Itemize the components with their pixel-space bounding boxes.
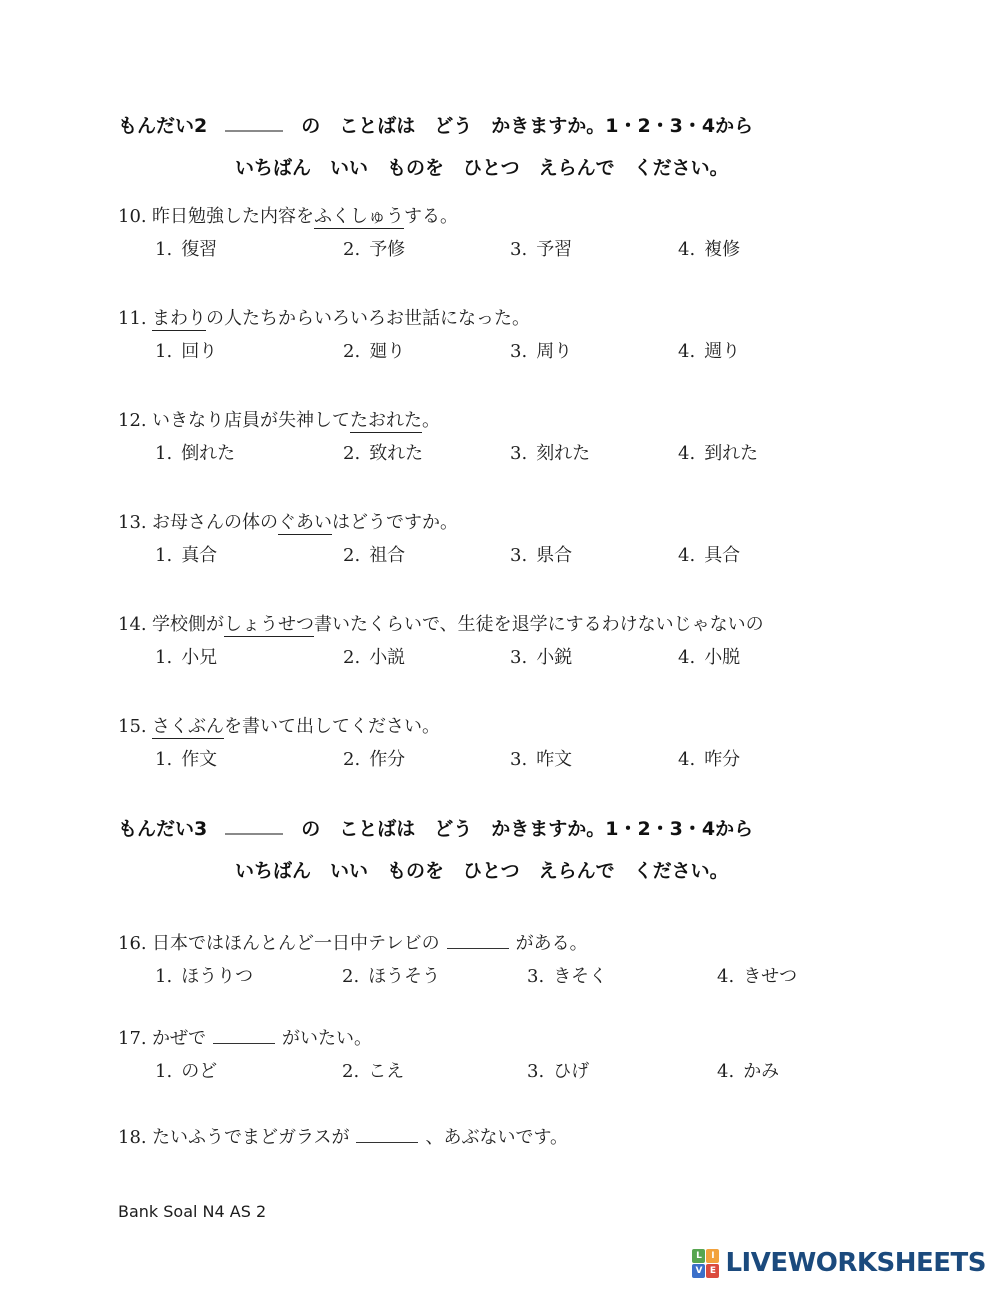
option-2[interactable]: 2.ほうそう: [342, 963, 527, 991]
question-number: 13.: [118, 509, 152, 537]
option-2[interactable]: 2.祖合: [343, 542, 510, 570]
option-text: ひげ: [553, 1061, 589, 1082]
liveworksheets-wordmark: LIVEWORKSHEETS: [725, 1248, 986, 1278]
question-sentence: 17.かぜでがいたい。: [118, 1025, 960, 1053]
option-number: 3.: [510, 239, 527, 260]
question-text-post: がある。: [516, 933, 588, 954]
option-number: 3.: [510, 545, 527, 566]
question-12: 12.いきなり店員が失神してたおれた。 1.倒れた2.致れた3.刻れた4.到れた: [118, 407, 960, 468]
question-text-post: を書いて出してください。: [224, 716, 440, 737]
heading-blank-line: [225, 118, 283, 132]
option-text: 県合: [536, 545, 572, 566]
question-11: 11.まわりの人たちからいろいろお世話になった。 1.回り2.廻り3.周り4.週…: [118, 305, 960, 366]
question-13: 13.お母さんの体のぐあいはどうですか。 1.真合2.祖合3.県合4.具合: [118, 509, 960, 570]
option-number: 1.: [155, 749, 172, 770]
option-number: 2.: [343, 341, 360, 362]
underlined-word: ふくしゅう: [314, 206, 404, 229]
option-1[interactable]: 1.復習: [155, 236, 343, 264]
option-number: 1.: [155, 1061, 172, 1082]
underlined-word: たおれた: [350, 410, 422, 433]
question-text-post: する。: [404, 206, 458, 227]
option-2[interactable]: 2.致れた: [343, 440, 510, 468]
logo-letter-l: L: [692, 1249, 705, 1263]
options-row: 1.倒れた2.致れた3.刻れた4.到れた: [155, 440, 960, 468]
question-number: 18.: [118, 1124, 152, 1152]
option-2[interactable]: 2.作分: [343, 746, 510, 774]
option-3[interactable]: 3.刻れた: [510, 440, 678, 468]
option-4[interactable]: 4.週り: [678, 338, 740, 366]
question-18: 18.たいふうでまどガラスが、あぶないです。: [118, 1124, 960, 1152]
section-mondai3: もんだい3の ことばは どう かきますか。1・2・3・4から いちばん いい も…: [118, 815, 960, 1152]
section-instruction: の ことばは どう かきますか。1・2・3・4から: [301, 818, 753, 840]
option-4[interactable]: 4.到れた: [678, 440, 758, 468]
option-number: 2.: [343, 545, 360, 566]
option-text: 週り: [704, 341, 740, 362]
question-text-post: 書いたくらいで、生徒を退学にするわけないじゃないの: [314, 614, 764, 635]
option-text: 作文: [181, 749, 217, 770]
option-text: こえ: [368, 1061, 404, 1082]
question-10: 10.昨日勉強した内容をふくしゅうする。 1.復習2.予修3.予習4.複修: [118, 203, 960, 264]
question-text-pre: かぜで: [152, 1028, 206, 1049]
answer-blank-line: [213, 1029, 275, 1044]
option-4[interactable]: 4.複修: [678, 236, 740, 264]
option-number: 1.: [155, 443, 172, 464]
options-row: 1.真合2.祖合3.県合4.具合: [155, 542, 960, 570]
question-number: 17.: [118, 1025, 152, 1053]
section-heading-line2: いちばん いい ものを ひとつ えらんで ください。: [235, 857, 960, 885]
options-row: 1.回り2.廻り3.周り4.週り: [155, 338, 960, 366]
question-17: 17.かぜでがいたい。 1.のど2.こえ3.ひげ4.かみ: [118, 1025, 960, 1086]
option-3[interactable]: 3.きそく: [527, 963, 717, 991]
question-text-pre: たいふうでまどガラスが: [152, 1127, 349, 1148]
option-3[interactable]: 3.予習: [510, 236, 678, 264]
option-number: 3.: [510, 647, 527, 668]
option-text: 予習: [536, 239, 572, 260]
option-number: 4.: [678, 341, 695, 362]
option-number: 3.: [510, 443, 527, 464]
option-text: 復習: [181, 239, 217, 260]
document-footer-label: Bank Soal N4 AS 2: [118, 1202, 960, 1221]
option-text: 致れた: [369, 443, 423, 464]
option-text: 小兄: [181, 647, 217, 668]
option-number: 4.: [717, 1061, 734, 1082]
question-text-post: 。: [422, 410, 440, 431]
question-text-pre: 学校側が: [152, 614, 224, 635]
option-text: 刻れた: [536, 443, 590, 464]
question-15: 15.さくぶんを書いて出してください。 1.作文2.作分3.咋文4.咋分: [118, 713, 960, 774]
question-number: 14.: [118, 611, 152, 639]
option-number: 4.: [678, 749, 695, 770]
option-text: きせつ: [743, 966, 797, 987]
option-text: 予修: [369, 239, 405, 260]
option-text: 祖合: [369, 545, 405, 566]
option-4[interactable]: 4.咋分: [678, 746, 740, 774]
question-sentence: 14.学校側がしょうせつ書いたくらいで、生徒を退学にするわけないじゃないの: [118, 611, 960, 639]
option-text: 真合: [181, 545, 217, 566]
option-text: 咋分: [704, 749, 740, 770]
option-number: 4.: [678, 545, 695, 566]
question-text-pre: 日本ではほんとんど一日中テレビの: [152, 933, 440, 954]
option-number: 3.: [510, 341, 527, 362]
liveworksheets-grid-icon: L I V E: [692, 1249, 719, 1278]
question-16: 16.日本ではほんとんど一日中テレビのがある。 1.ほうりつ2.ほうそう3.きそ…: [118, 930, 960, 991]
option-number: 2.: [342, 966, 359, 987]
option-3[interactable]: 3.周り: [510, 338, 678, 366]
section-heading-line1: もんだい3の ことばは どう かきますか。1・2・3・4から: [118, 815, 960, 843]
option-number: 2.: [342, 1061, 359, 1082]
section-title: もんだい2: [118, 115, 207, 137]
option-number: 4.: [717, 966, 734, 987]
logo-letter-v: V: [692, 1264, 705, 1278]
option-4[interactable]: 4.きせつ: [717, 963, 797, 991]
option-number: 3.: [527, 1061, 544, 1082]
option-3[interactable]: 3.ひげ: [527, 1058, 717, 1086]
section-mondai2: もんだい2の ことばは どう かきますか。1・2・3・4から いちばん いい も…: [118, 112, 960, 774]
option-text: 小説: [369, 647, 405, 668]
section-heading-line1: もんだい2の ことばは どう かきますか。1・2・3・4から: [118, 112, 960, 140]
question-text-post: がいたい。: [282, 1028, 372, 1049]
question-number: 12.: [118, 407, 152, 435]
answer-blank-line: [447, 934, 509, 949]
question-text-pre: いきなり店員が失神して: [152, 410, 350, 431]
option-4[interactable]: 4.具合: [678, 542, 740, 570]
option-text: 具合: [704, 545, 740, 566]
option-number: 2.: [343, 239, 360, 260]
option-1[interactable]: 1.倒れた: [155, 440, 343, 468]
logo-letter-i: I: [706, 1249, 719, 1263]
option-1[interactable]: 1.回り: [155, 338, 343, 366]
option-text: 倒れた: [181, 443, 235, 464]
option-number: 4.: [678, 647, 695, 668]
option-text: 到れた: [704, 443, 758, 464]
option-4[interactable]: 4.かみ: [717, 1058, 779, 1086]
question-sentence: 11.まわりの人たちからいろいろお世話になった。: [118, 305, 960, 333]
option-text: 作分: [369, 749, 405, 770]
question-sentence: 18.たいふうでまどガラスが、あぶないです。: [118, 1124, 960, 1152]
worksheet-page: もんだい2の ことばは どう かきますか。1・2・3・4から いちばん いい も…: [0, 0, 1000, 1291]
option-3[interactable]: 3.小鋭: [510, 644, 678, 672]
question-sentence: 12.いきなり店員が失神してたおれた。: [118, 407, 960, 435]
question-number: 16.: [118, 930, 152, 958]
option-3[interactable]: 3.県合: [510, 542, 678, 570]
option-1[interactable]: 1.ほうりつ: [155, 963, 342, 991]
option-text: 小鋭: [536, 647, 572, 668]
options-row: 1.のど2.こえ3.ひげ4.かみ: [155, 1058, 960, 1086]
answer-blank-line: [356, 1128, 418, 1143]
option-number: 2.: [343, 749, 360, 770]
question-text-post: の人たちからいろいろお世話になった。: [206, 308, 530, 329]
option-2[interactable]: 2.こえ: [342, 1058, 527, 1086]
option-1[interactable]: 1.小兄: [155, 644, 343, 672]
question-sentence: 16.日本ではほんとんど一日中テレビのがある。: [118, 930, 960, 958]
option-3[interactable]: 3.咋文: [510, 746, 678, 774]
underlined-word: しょうせつ: [224, 614, 314, 637]
section-title: もんだい3: [118, 818, 207, 840]
option-2[interactable]: 2.予修: [343, 236, 510, 264]
option-2[interactable]: 2.廻り: [343, 338, 510, 366]
question-14: 14.学校側がしょうせつ書いたくらいで、生徒を退学にするわけないじゃないの 1.…: [118, 611, 960, 672]
question-number: 10.: [118, 203, 152, 231]
option-text: きそく: [553, 966, 607, 987]
section-heading-line2: いちばん いい ものを ひとつ えらんで ください。: [235, 154, 960, 182]
option-number: 1.: [155, 545, 172, 566]
logo-letter-e: E: [706, 1264, 719, 1278]
option-number: 2.: [343, 647, 360, 668]
question-sentence: 15.さくぶんを書いて出してください。: [118, 713, 960, 741]
option-number: 1.: [155, 966, 172, 987]
option-number: 1.: [155, 239, 172, 260]
option-number: 1.: [155, 341, 172, 362]
options-row: 1.復習2.予修3.予習4.複修: [155, 236, 960, 264]
option-number: 3.: [510, 749, 527, 770]
option-text: 咋文: [536, 749, 572, 770]
section-instruction: の ことばは どう かきますか。1・2・3・4から: [301, 115, 753, 137]
underlined-word: ぐあい: [278, 512, 332, 535]
option-text: 小脱: [704, 647, 740, 668]
option-number: 2.: [343, 443, 360, 464]
option-text: 周り: [536, 341, 572, 362]
liveworksheets-logo[interactable]: L I V E LIVEWORKSHEETS: [692, 1248, 986, 1278]
option-text: 回り: [181, 341, 217, 362]
question-text-post: はどうですか。: [332, 512, 458, 533]
question-number: 11.: [118, 305, 152, 333]
option-text: かみ: [743, 1061, 779, 1082]
options-row: 1.小兄2.小説3.小鋭4.小脱: [155, 644, 960, 672]
option-number: 4.: [678, 443, 695, 464]
option-4[interactable]: 4.小脱: [678, 644, 740, 672]
question-text-post: 、あぶないです。: [425, 1127, 568, 1148]
option-text: 廻り: [369, 341, 405, 362]
question-number: 15.: [118, 713, 152, 741]
option-number: 1.: [155, 647, 172, 668]
option-1[interactable]: 1.真合: [155, 542, 343, 570]
option-1[interactable]: 1.のど: [155, 1058, 342, 1086]
option-2[interactable]: 2.小説: [343, 644, 510, 672]
option-text: 複修: [704, 239, 740, 260]
underlined-word: まわり: [152, 308, 206, 331]
option-text: ほうりつ: [181, 966, 253, 987]
underlined-word: さくぶん: [152, 716, 224, 739]
question-text-pre: 昨日勉強した内容を: [152, 206, 314, 227]
option-number: 3.: [527, 966, 544, 987]
option-number: 4.: [678, 239, 695, 260]
heading-blank-line: [225, 821, 283, 835]
option-text: のど: [181, 1061, 217, 1082]
option-text: ほうそう: [368, 966, 440, 987]
option-1[interactable]: 1.作文: [155, 746, 343, 774]
options-row: 1.作文2.作分3.咋文4.咋分: [155, 746, 960, 774]
question-sentence: 13.お母さんの体のぐあいはどうですか。: [118, 509, 960, 537]
options-row: 1.ほうりつ2.ほうそう3.きそく4.きせつ: [155, 963, 960, 991]
question-sentence: 10.昨日勉強した内容をふくしゅうする。: [118, 203, 960, 231]
question-text-pre: お母さんの体の: [152, 512, 278, 533]
